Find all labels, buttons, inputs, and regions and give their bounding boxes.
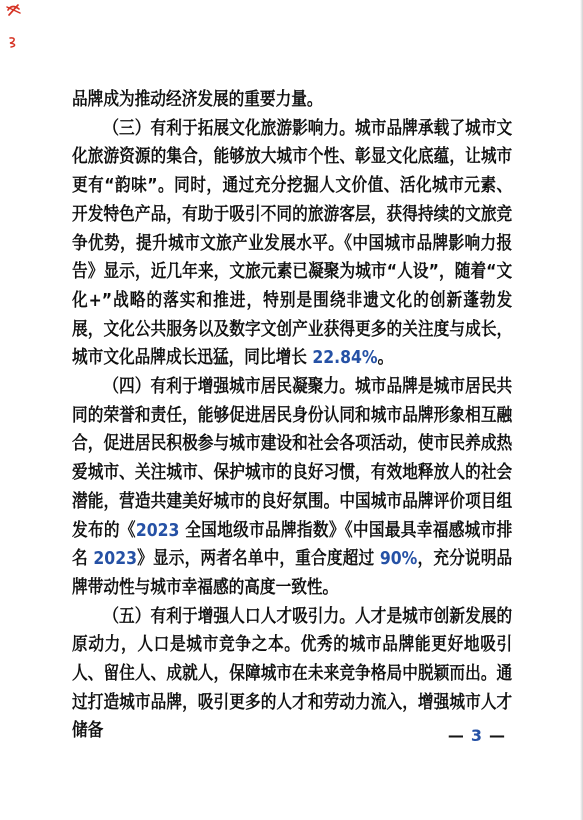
text-run: （三）有利于拓展文化旅游影响力。城市品牌承载了城市文化旅游资源的集合，能够放大城… <box>72 118 512 369</box>
page-number-value: 3 <box>471 725 482 747</box>
text-run: （五）有利于增强人口人才吸引力。人才是城市创新发展的原动力，人口是城市竞争之本。… <box>72 606 512 742</box>
highlighted-number: 22.84% <box>312 347 377 368</box>
page-number-dash-right: — <box>489 725 505 747</box>
paragraph: （五）有利于增强人口人才吸引力。人才是城市创新发展的原动力，人口是城市竞争之本。… <box>72 603 512 747</box>
page-number-dash-left: — <box>448 725 464 747</box>
highlighted-number: 2023 <box>136 520 180 541</box>
text-run: 》显示，两者名单中，重合度超过 <box>137 548 380 569</box>
paragraph: （四）有利于增强城市居民凝聚力。城市品牌是城市居民共同的荣誉和责任，能够促进居民… <box>72 373 512 603</box>
text-run: 品牌成为推动经济发展的重要力量。 <box>72 89 323 110</box>
highlighted-number: 2023 <box>93 548 137 569</box>
page-number: — 3 — <box>448 725 505 747</box>
text-run: （四）有利于增强城市居民凝聚力。城市品牌是城市居民共同的荣誉和责任，能够促进居民… <box>72 376 512 541</box>
document-page: 品牌成为推动经济发展的重要力量。（三）有利于拓展文化旅游影响力。城市品牌承载了城… <box>0 0 583 820</box>
red-ink-mark-icon <box>8 36 18 48</box>
red-ink-mark-icon <box>6 3 21 17</box>
text-run: 。 <box>378 347 394 368</box>
paragraph: 品牌成为推动经济发展的重要力量。 <box>72 86 512 115</box>
highlighted-number: 90% <box>380 548 417 569</box>
paragraph: （三）有利于拓展文化旅游影响力。城市品牌承载了城市文化旅游资源的集合，能够放大城… <box>72 115 512 373</box>
document-body: 品牌成为推动经济发展的重要力量。（三）有利于拓展文化旅游影响力。城市品牌承载了城… <box>72 86 512 746</box>
